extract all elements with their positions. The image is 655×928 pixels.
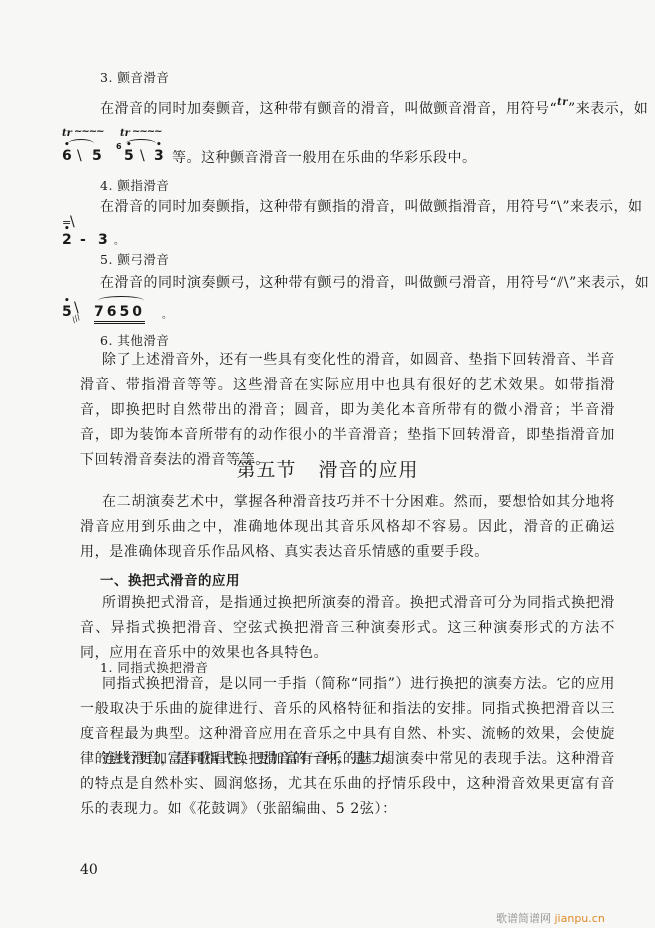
dash: - xyxy=(80,232,86,248)
finger-vibrato-example: = \ •2 - 3 。 xyxy=(62,216,162,252)
section-name: 滑音的应用 xyxy=(319,459,419,481)
trill-glide-description: 在滑音的同时加奏颤音，这种带有颤音的滑音，叫做颤音滑音，用符号“tr”来表示，如 xyxy=(100,100,648,120)
tremolo-icon: /// xyxy=(70,313,82,325)
trill-wave-icon: ~~~~ xyxy=(132,126,162,137)
glide-slash-icon: \ xyxy=(140,148,145,164)
section-number: 第五节 xyxy=(236,459,296,481)
glide-slash-icon: \ xyxy=(77,148,82,164)
heading-bow-tremolo-glide: 5. 颤弓滑音 xyxy=(100,252,169,268)
intro-paragraph: 在二胡演奏艺术中，掌握各种滑音技巧并不十分困难。然而，要想恰如其分地将滑音应用到… xyxy=(80,490,615,565)
note: 5 xyxy=(92,148,102,164)
trill-wave-icon: ~~~~ xyxy=(74,126,104,137)
note: •6 xyxy=(62,148,72,164)
same-finger-paragraph-2: 连线滑音，是同指式换把滑音的一种，是二胡演奏中常见的表现手法。这种滑音的特点是自… xyxy=(80,747,615,822)
note: 3 xyxy=(98,232,108,248)
trill-symbol: tr xyxy=(557,97,568,108)
subsection-heading: 一、换把式滑音的应用 xyxy=(100,573,240,589)
heading-trill-glide: 3. 颤音滑音 xyxy=(100,70,169,86)
subsection-paragraph: 所谓换把式滑音，是指通过换把所演奏的滑音。换把式滑音可分为同指式换把滑音、异指式… xyxy=(80,591,615,666)
heading-finger-vibrato-glide: 4. 颤指滑音 xyxy=(100,178,169,194)
bow-tremolo-example: •5 \ /// 7650 。 xyxy=(62,296,202,330)
trill-mark: tr xyxy=(120,128,130,139)
trill-glide-usage: 等。这种颤音滑音一般用在乐曲的华彩乐段中。 xyxy=(172,149,477,167)
grace-note: 6 xyxy=(116,142,122,151)
note: •5 xyxy=(124,148,134,164)
heading-other-glides: 6. 其他滑音 xyxy=(100,333,169,349)
bow-tremolo-glide-description: 在滑音的同时演奏颤弓，这种带有颤弓的滑音，叫做颤弓滑音，用符号“⫽\”来表示，如 xyxy=(100,274,649,292)
finger-vibrato-glide-description: 在滑音的同时加奏颤指，这种带有颤指的滑音，叫做颤指滑音，用符号“\”来表示，如 xyxy=(100,198,643,216)
watermark: 歌谱简谱网 jianpu.cn xyxy=(496,910,605,926)
page-number: 40 xyxy=(80,862,98,878)
slur-icon xyxy=(68,139,94,148)
trill-mark: tr xyxy=(62,128,72,139)
note: •3 xyxy=(154,148,164,164)
section-title: 第五节滑音的应用 xyxy=(0,455,655,482)
document-page: 3. 颤音滑音 在滑音的同时加奏颤音，这种带有颤音的滑音，叫做颤音滑音，用符号“… xyxy=(0,0,655,928)
glide-slash-icon: \ xyxy=(70,214,75,230)
note: •2 xyxy=(62,232,72,248)
note-run: 7650 xyxy=(94,304,145,324)
